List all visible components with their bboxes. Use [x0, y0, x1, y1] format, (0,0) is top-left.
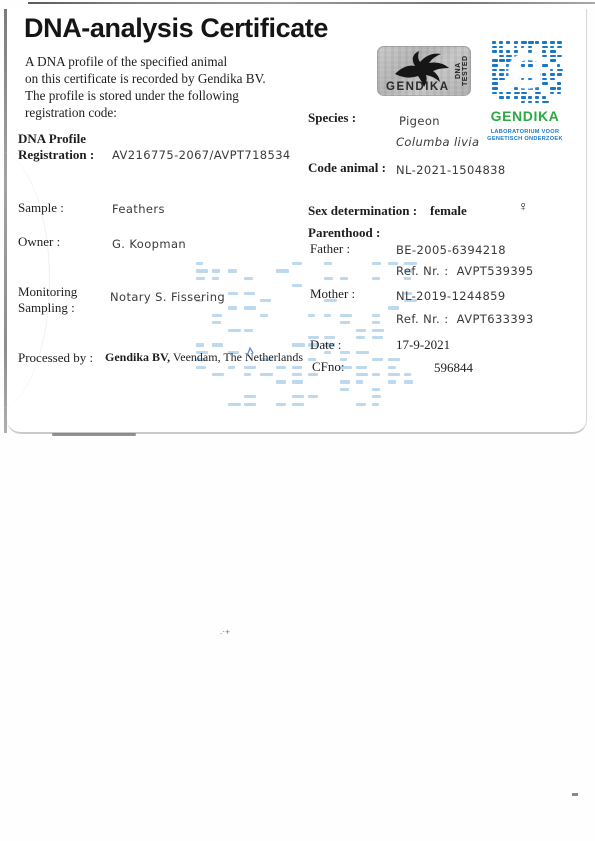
field-value-monitoring: Notary S. Fissering — [110, 290, 225, 304]
pen-mark-artifact — [246, 347, 254, 357]
female-symbol: ♀ — [518, 200, 529, 216]
dna-tested-stamp: GENDIKA DNA TESTED — [377, 46, 471, 96]
field-value-code-animal: NL-2021-1504838 — [396, 163, 506, 177]
field-label-species: Species : — [308, 110, 356, 126]
field-value-date: 17-9-2021 — [396, 337, 450, 353]
field-label-father: Father : — [310, 241, 350, 257]
field-value-cfno: 596844 — [434, 360, 473, 376]
field-father-ref: Ref. Nr. : AVPT539395 — [396, 264, 534, 278]
field-label-mother: Mother : — [310, 286, 355, 302]
scanned-certificate-page: DNA-analysis Certificate A DNA profile o… — [0, 0, 595, 841]
field-value-father: BE-2005-6394218 — [396, 243, 506, 257]
field-label-registration: DNA Profile Registration : — [18, 131, 94, 163]
scan-edge-bottom-segment — [52, 433, 136, 436]
field-label-parenthood: Parenthood : — [308, 225, 380, 241]
field-value-sex: female — [430, 203, 467, 219]
gendika-subtitle-line: LABORATORIUM VOOR — [487, 129, 563, 136]
field-label-owner: Owner : — [18, 234, 60, 250]
intro-line: The profile is stored under the followin… — [25, 87, 266, 104]
field-label-sex-determination: Sex determination : — [308, 203, 417, 219]
scan-speck — [572, 793, 578, 796]
field-label-monitoring: Monitoring Sampling : — [18, 284, 77, 316]
scan-edge-top — [28, 2, 595, 4]
field-mother-ref: Ref. Nr. : AVPT633393 — [396, 312, 534, 326]
field-value-species: Pigeon — [399, 114, 440, 128]
gendika-subtitle: LABORATORIUM VOOR GENETISCH ONDERZOEK — [487, 129, 563, 143]
stamp-brand-text: GENDIKA — [386, 81, 450, 93]
gendika-pixel-g-icon: G — [492, 41, 558, 104]
field-value-processed-by: Gendika BV, Veendam, The Netherlands — [105, 350, 303, 365]
field-label-date: Date : — [310, 337, 341, 353]
gendika-logo: G GENDIKA LABORATORIUM VOOR GENETISCH ON… — [487, 41, 563, 143]
field-value-sample: Feathers — [112, 202, 165, 216]
field-label-cfno: CFno: — [312, 359, 345, 375]
field-label-code-animal: Code animal : — [308, 160, 386, 176]
scan-speck: .·+ — [220, 628, 229, 632]
field-value-registration: AV216775-2067/AVPT718534 — [112, 148, 291, 162]
field-value-owner: G. Koopman — [112, 237, 186, 251]
gendika-subtitle-line: GENETISCH ONDERZOEK — [487, 136, 563, 143]
page-title: DNA-analysis Certificate — [24, 13, 328, 44]
field-value-species-latin: Columba livia — [396, 135, 479, 149]
intro-line: A DNA profile of the specified animal — [25, 53, 266, 70]
field-value-mother: NL-2019-1244859 — [396, 289, 506, 303]
intro-paragraph: A DNA profile of the specified animal on… — [25, 53, 266, 121]
gendika-brand-text: GENDIKA — [487, 108, 563, 124]
gendika-g-letter: G — [506, 49, 544, 95]
stamp-dna-tested-text: DNA TESTED — [455, 48, 469, 94]
intro-line: on this certificate is recorded by Gendi… — [25, 70, 266, 87]
field-label-processed-by: Processed by : — [18, 350, 93, 366]
intro-line: registration code: — [25, 104, 266, 121]
field-label-sample: Sample : — [18, 200, 64, 216]
